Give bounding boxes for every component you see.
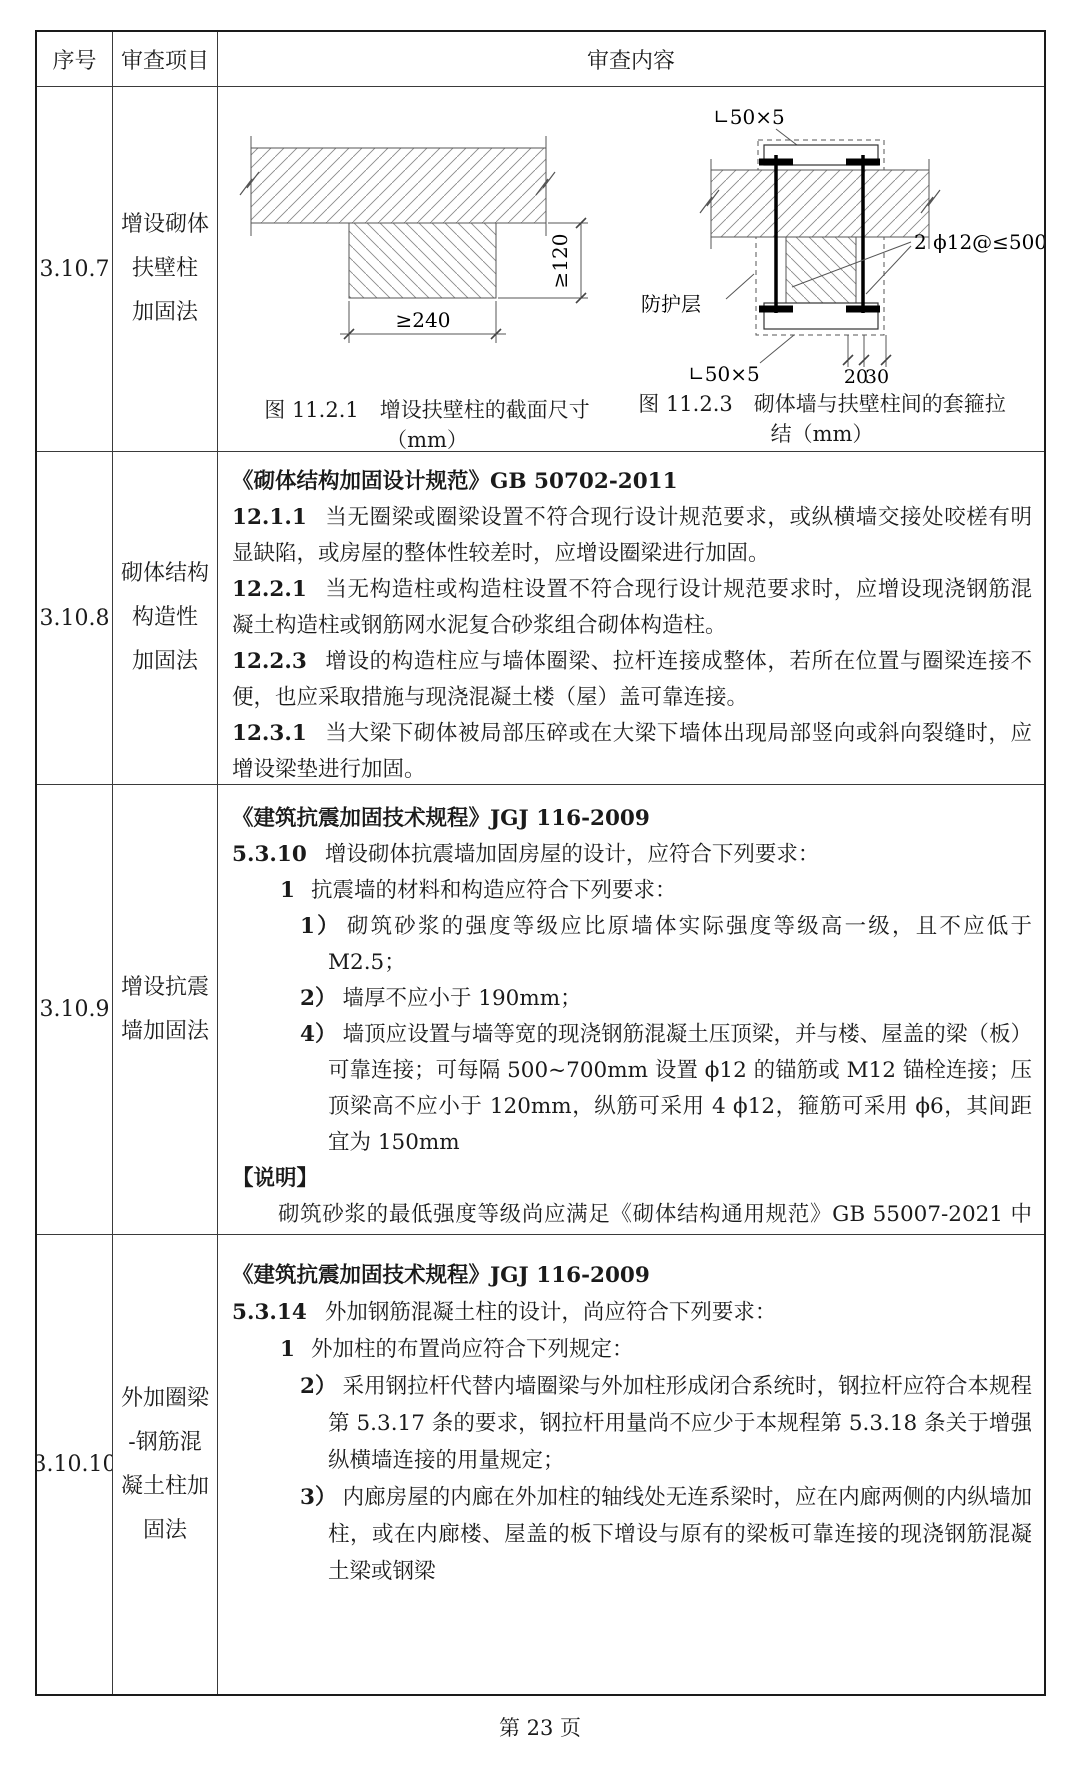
item-number: 2） xyxy=(300,1374,337,1399)
clause-paragraph: 5.3.14外加钢筋混凝土柱的设计，尚应符合下列要求： xyxy=(232,1294,1032,1331)
row8-seq: 3.10.8 xyxy=(37,452,113,785)
wall-hatched xyxy=(251,148,546,223)
pilaster-hatched xyxy=(349,223,496,298)
item-number: 1 xyxy=(280,1337,295,1362)
row7-seq: 3.10.7 xyxy=(37,87,113,452)
clause-paragraph: 12.1.1当无圈梁或圈梁设置不符合现行设计规范要求，或纵横墙交接处咬槎有明显缺… xyxy=(232,500,1032,572)
protective-layer-label: 防护层 xyxy=(641,292,701,316)
clause-text: 当无构造柱或构造柱设置不符合现行设计规范要求时，应增设现浇钢筋混凝土构造柱或钢筋… xyxy=(232,577,1032,638)
clause-number: 12.1.1 xyxy=(232,505,307,530)
angle-bottom-label: ∟50×5 xyxy=(688,362,760,386)
row10-item: 外加圈梁 -钢筋混 凝土柱加 固法 xyxy=(113,1235,218,1694)
row9-seq: 3.10.9 xyxy=(37,785,113,1235)
clause-number: 12.2.1 xyxy=(232,577,307,602)
clause-paragraph: 1外加柱的布置尚应符合下列规定： xyxy=(232,1331,1032,1368)
dim-width-label: ≥240 xyxy=(396,308,451,332)
clause-paragraph: 5.3.10增设砌体抗震墙加固房屋的设计，应符合下列要求： xyxy=(232,837,1032,873)
figure-11-2-1: ≥240 ≥120 图 11.2.1 增设扶壁柱的截面尺寸（mm） xyxy=(236,131,618,452)
item-number: 2） xyxy=(300,986,336,1011)
clause-paragraph: 1）砌筑砂浆的强度等级应比原墙体实际强度等级高一级，且不应低于 M2.5； xyxy=(232,909,1032,981)
row8-seq-label: 3.10.8 xyxy=(40,606,110,631)
figure-11-2-3-caption: 图 11.2.3 砌体墙与扶壁柱间的套箍拉 结（mm） xyxy=(596,389,1044,449)
item-number: 1 xyxy=(280,878,295,903)
item-number: 1） xyxy=(300,914,341,939)
pilaster-section-diagram: ≥240 ≥120 xyxy=(236,131,618,371)
clause-paragraph: 1抗震墙的材料和构造应符合下列要求： xyxy=(232,873,1032,909)
clause-number: 5.3.14 xyxy=(232,1300,307,1325)
row9-item-label: 增设抗震 墙加固法 xyxy=(121,966,209,1054)
clause-text: 增设砌体抗震墙加固房屋的设计，应符合下列要求： xyxy=(325,842,820,867)
header-seq-label: 序号 xyxy=(52,44,96,75)
row10-content: 《建筑抗震加固技术规程》JGJ 116-2009 5.3.14外加钢筋混凝土柱的… xyxy=(218,1235,1044,1694)
row7-item: 增设砌体 扶壁柱 加固法 xyxy=(113,87,218,452)
clause-paragraph: 12.2.1当无构造柱或构造柱设置不符合现行设计规范要求时，应增设现浇钢筋混凝土… xyxy=(232,572,1032,644)
figure-11-2-1-caption: 图 11.2.1 增设扶壁柱的截面尺寸（mm） xyxy=(236,395,618,452)
clause-text: 砌筑砂浆的强度等级应比原墙体实际强度等级高一级，且不应低于 M2.5； xyxy=(328,914,1032,975)
clause-number: 5.3.10 xyxy=(232,842,307,867)
row8-content: 《砌体结构加固设计规范》GB 50702-2011 12.1.1当无圈梁或圈梁设… xyxy=(218,452,1044,785)
row10-item-label: 外加圈梁 -钢筋混 凝土柱加 固法 xyxy=(121,1377,209,1553)
review-table: 序号 审查项目 审查内容 3.10.7 增设砌体 扶壁柱 加固法 xyxy=(35,30,1046,1696)
angle-top-label: ∟50×5 xyxy=(713,105,785,129)
wall-hatched xyxy=(711,170,929,237)
clause-number: 12.3.1 xyxy=(232,721,307,746)
row9-item: 增设抗震 墙加固法 xyxy=(113,785,218,1235)
row9-content: 《建筑抗震加固技术规程》JGJ 116-2009 5.3.10增设砌体抗震墙加固… xyxy=(218,785,1044,1235)
code-title: 《建筑抗震加固技术规程》JGJ 116-2009 xyxy=(232,1257,1032,1294)
clause-paragraph: 4）墙顶应设置与墙等宽的现浇钢筋混凝土压顶梁，并与楼、屋盖的梁（板）可靠连接；可… xyxy=(232,1017,1032,1161)
page-number: 第 23 页 xyxy=(0,1712,1080,1742)
row9-seq-label: 3.10.9 xyxy=(40,997,110,1022)
clause-text: 当大梁下砌体被局部压碎或在大梁下墙体出现局部竖向或斜向裂缝时，应增设梁垫进行加固… xyxy=(232,721,1032,782)
dim-30-label: 30 xyxy=(865,366,889,388)
clause-text: 外加钢筋混凝土柱的设计，尚应符合下列要求： xyxy=(325,1300,777,1325)
row7-seq-label: 3.10.7 xyxy=(40,257,110,282)
row7-item-label: 增设砌体 扶壁柱 加固法 xyxy=(121,203,209,335)
header-content-label: 审查内容 xyxy=(587,44,675,75)
code-title: 《砌体结构加固设计规范》GB 50702-2011 xyxy=(232,464,1032,500)
row8-item: 砌体结构 构造性 加固法 xyxy=(113,452,218,785)
tie-rebar-label: 2 ϕ12@≤500 xyxy=(914,230,1044,254)
clause-paragraph: 2）墙厚不应小于 190mm； xyxy=(232,981,1032,1017)
clause-number: 12.2.3 xyxy=(232,649,307,674)
note-label: 【说明】 xyxy=(232,1161,1032,1197)
header-seq: 序号 xyxy=(37,32,113,87)
clause-text: 抗震墙的材料和构造应符合下列要求： xyxy=(311,878,677,903)
figure-11-2-3: ∟50×5 xyxy=(596,89,1044,449)
dim-height-label: ≥120 xyxy=(548,234,572,289)
row8-item-label: 砌体结构 构造性 加固法 xyxy=(121,552,209,684)
code-title: 《建筑抗震加固技术规程》JGJ 116-2009 xyxy=(232,801,1032,837)
note-text: 砌筑砂浆的最低强度等级尚应满足《砌体结构通用规范》GB 55007-2021 中… xyxy=(232,1197,1032,1235)
item-number: 4） xyxy=(300,1022,337,1047)
clause-text: 采用钢拉杆代替内墙圈梁与外加柱形成闭合系统时，钢拉杆应符合本规程第 5.3.17… xyxy=(328,1374,1032,1473)
clause-paragraph: 12.3.1当大梁下砌体被局部压碎或在大梁下墙体出现局部竖向或斜向裂缝时，应增设… xyxy=(232,716,1032,785)
clause-text: 增设的构造柱应与墙体圈梁、拉杆连接成整体，若所在位置与圈梁连接不便，也应采取措施… xyxy=(232,649,1032,710)
clause-text: 墙厚不应小于 190mm； xyxy=(342,986,581,1011)
pilaster-hatched xyxy=(786,237,856,303)
header-item: 审查项目 xyxy=(113,32,218,87)
row10-seq-label: 3.10.10 xyxy=(37,1452,113,1477)
clause-text: 外加柱的布置尚应符合下列规定： xyxy=(311,1337,634,1362)
header-item-label: 审查项目 xyxy=(121,44,209,75)
clause-paragraph: 2）采用钢拉杆代替内墙圈梁与外加柱形成闭合系统时，钢拉杆应符合本规程第 5.3.… xyxy=(232,1368,1032,1479)
clause-paragraph: 12.2.3增设的构造柱应与墙体圈梁、拉杆连接成整体，若所在位置与圈梁连接不便，… xyxy=(232,644,1032,716)
clause-text: 内廊房屋的内廊在外加柱的轴线处无连系梁时，应在内廊两侧的内纵墙加柱，或在内廊楼、… xyxy=(328,1485,1032,1584)
row7-content: ≥240 ≥120 图 11.2.1 增设扶壁柱的截面尺寸（mm） xyxy=(218,87,1044,452)
item-number: 3） xyxy=(300,1485,337,1510)
clause-text: 墙顶应设置与墙等宽的现浇钢筋混凝土压顶梁，并与楼、屋盖的梁（板）可靠连接；可每隔… xyxy=(328,1022,1032,1155)
wall-pilaster-tie-diagram: ∟50×5 xyxy=(596,89,1044,389)
row10-seq: 3.10.10 xyxy=(37,1235,113,1694)
clause-paragraph: 3）内廊房屋的内廊在外加柱的轴线处无连系梁时，应在内廊两侧的内纵墙加柱，或在内廊… xyxy=(232,1479,1032,1590)
header-content: 审查内容 xyxy=(218,32,1044,87)
clause-text: 当无圈梁或圈梁设置不符合现行设计规范要求，或纵横墙交接处咬槎有明显缺陷，或房屋的… xyxy=(232,505,1032,566)
